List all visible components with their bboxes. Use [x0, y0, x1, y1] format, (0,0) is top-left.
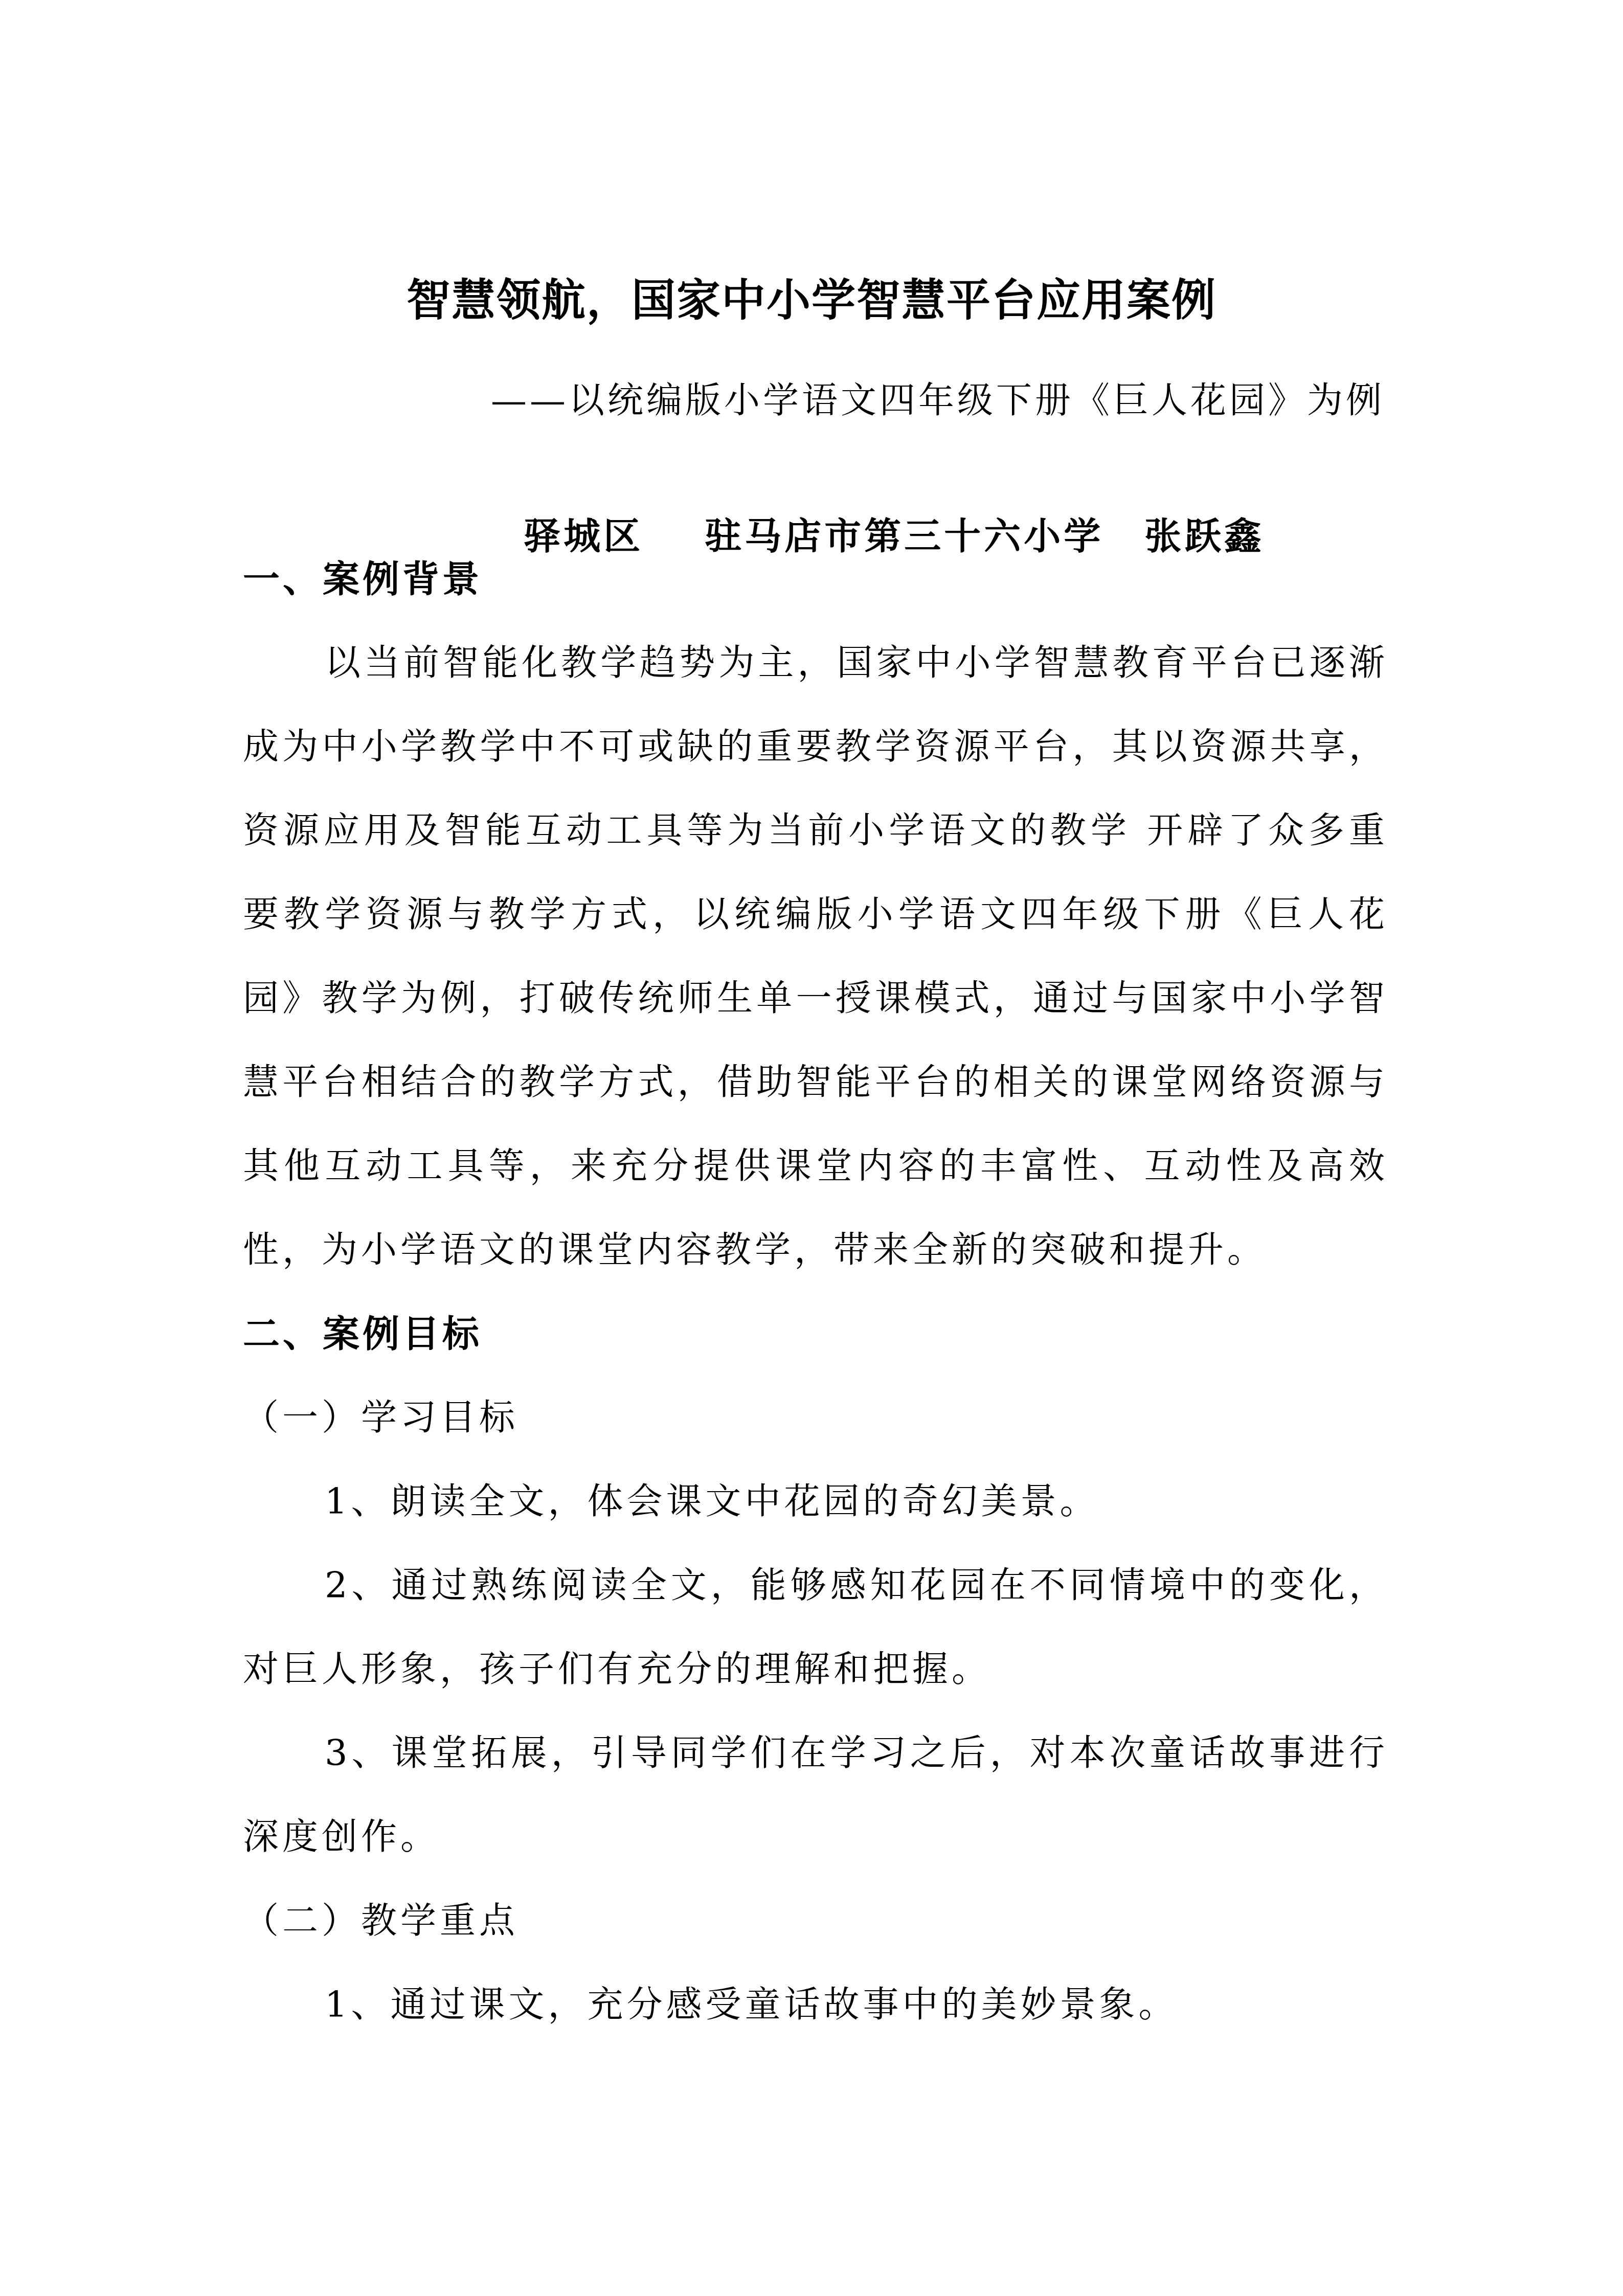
list-item: 2、通过熟练阅读全文，能够感知花园在不同情境中的变化，对巨人形象，孩子们有充分的… [243, 1543, 1388, 1711]
list-item: 3、课堂拓展，引导同学们在学习之后，对本次童话故事进行深度创作。 [243, 1711, 1388, 1879]
document-body: 一、案例背景 以当前智能化教学趋势为主，国家中小学智慧教育平台已逐渐成为中小学教… [243, 537, 1388, 2046]
section-background: 一、案例背景 以当前智能化教学趋势为主，国家中小学智慧教育平台已逐渐成为中小学教… [243, 537, 1388, 1292]
section-heading: 二、案例目标 [243, 1292, 1388, 1376]
document-title: 智慧领航，国家中小学智慧平台应用案例 [0, 273, 1623, 329]
section-heading: 一、案例背景 [243, 537, 1388, 621]
document-page: 智慧领航，国家中小学智慧平台应用案例 ——以统编版小学语文四年级下册《巨人花园》… [0, 0, 1623, 2296]
subsection-heading: （一）学习目标 [243, 1376, 1388, 1459]
list-item: 1、朗读全文，体会课文中花园的奇幻美景。 [243, 1459, 1388, 1543]
document-subtitle: ——以统编版小学语文四年级下册《巨人花园》为例 [491, 376, 1391, 425]
section-goals: 二、案例目标 （一）学习目标 1、朗读全文，体会课文中花园的奇幻美景。 2、通过… [243, 1292, 1388, 2046]
subsection-heading: （二）教学重点 [243, 1879, 1388, 1963]
body-paragraph: 以当前智能化教学趋势为主，国家中小学智慧教育平台已逐渐成为中小学教学中不可或缺的… [243, 621, 1388, 1292]
list-item: 1、通过课文，充分感受童话故事中的美妙景象。 [243, 1963, 1388, 2046]
subsection-learning-goals: （一）学习目标 1、朗读全文，体会课文中花园的奇幻美景。 2、通过熟练阅读全文，… [243, 1376, 1388, 1879]
subsection-teaching-focus: （二）教学重点 1、通过课文，充分感受童话故事中的美妙景象。 [243, 1879, 1388, 2046]
